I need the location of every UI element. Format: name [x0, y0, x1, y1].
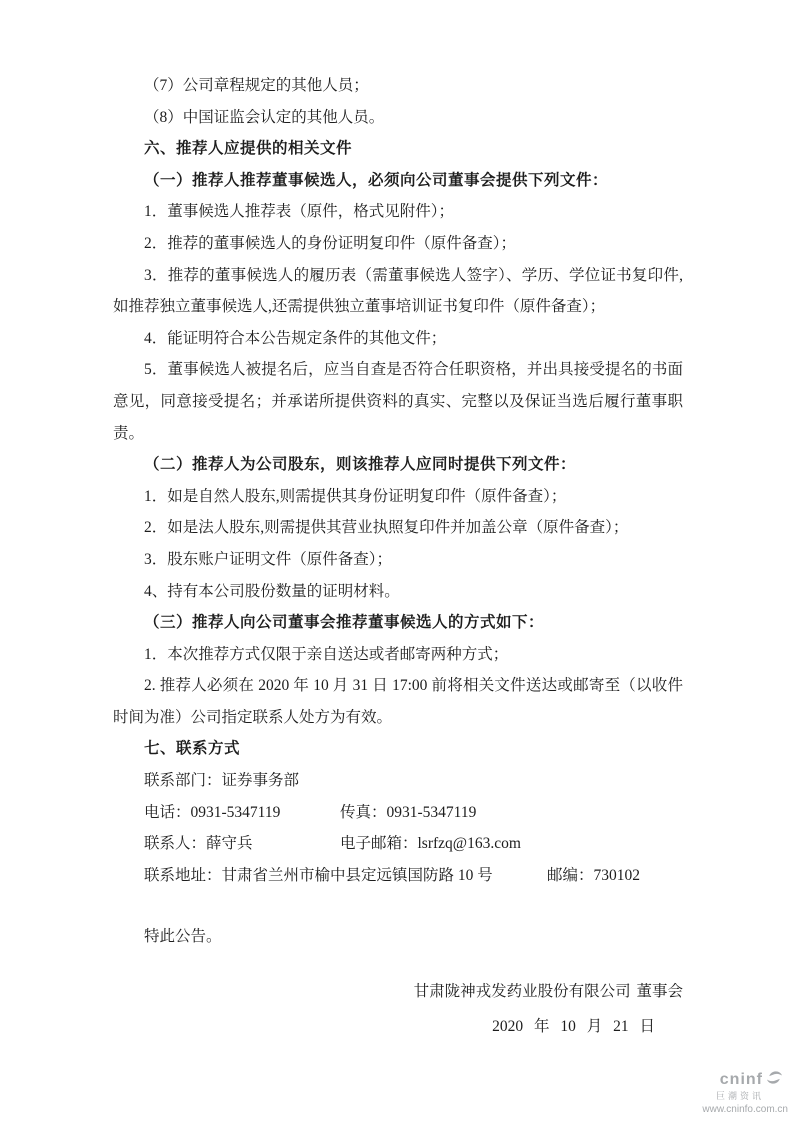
section-7-heading: 七、联系方式	[113, 733, 683, 765]
s2-item-1: 1．如是自然人股东,则需提供其身份证明复印件（原件备查）；	[113, 481, 683, 513]
contact-cell: 传真：0931-5347119	[340, 797, 476, 829]
s2-item-4: 4、持有本公司股份数量的证明材料。	[113, 576, 683, 608]
section-6-heading: 六、推荐人应提供的相关文件	[113, 133, 683, 165]
s3-item-2: 2. 推荐人必须在 2020 年 10 月 31 日 17:00 前将相关文件送…	[113, 670, 683, 733]
contact-cell: 联系人：薛守兵	[144, 828, 340, 860]
s1-item-2: 2．推荐的董事候选人的身份证明复印件（原件备查）；	[113, 228, 683, 260]
contact-cell: 联系地址：甘肃省兰州市榆中县定远镇国防路 10 号	[144, 860, 547, 892]
s1-item-5: 5．董事候选人被提名后，应当自查是否符合任职资格，并出具接受提名的书面意见，同意…	[113, 354, 683, 449]
contact-phone-fax-row: 电话：0931-5347119传真：0931-5347119	[113, 797, 683, 829]
contact-cell: 电话：0931-5347119	[144, 797, 340, 829]
cninfo-logo-top: cninf	[702, 1068, 790, 1092]
document-content: （7）公司章程规定的其他人员；（8）中国证监会认定的其他人员。六、推荐人应提供的…	[113, 70, 683, 1042]
subsection-2-heading: （二）推荐人为公司股东，则该推荐人应同时提供下列文件：	[113, 449, 683, 481]
contact-cell: 电子邮箱：lsrfzq@163.com	[340, 828, 521, 860]
signature-date: 2020 年 10 月 21 日	[113, 1011, 683, 1043]
closing-statement: 特此公告。	[113, 921, 683, 953]
s1-item-4: 4．能证明符合本公告规定条件的其他文件；	[113, 323, 683, 355]
contact-person-email-row: 联系人：薛守兵电子邮箱：lsrfzq@163.com	[113, 828, 683, 860]
s2-item-2: 2．如是法人股东,则需提供其营业执照复印件并加盖公章（原件备查）；	[113, 512, 683, 544]
document-page: （7）公司章程规定的其他人员；（8）中国证监会认定的其他人员。六、推荐人应提供的…	[0, 0, 793, 1122]
subsection-1-heading: （一）推荐人推荐董事候选人，必须向公司董事会提供下列文件：	[113, 165, 683, 197]
contact-address-row: 联系地址：甘肃省兰州市榆中县定远镇国防路 10 号邮编：730102	[113, 860, 683, 892]
cninfo-swirl-icon	[765, 1068, 784, 1092]
cninfo-logo: cninf 巨潮资讯 www.cninfo.com.cn	[702, 1068, 790, 1115]
cninfo-url: www.cninfo.com.cn	[702, 1104, 790, 1115]
s3-item-1: 1．本次推荐方式仅限于亲自送达或者邮寄两种方式；	[113, 639, 683, 671]
s2-item-3: 3．股东账户证明文件（原件备查）；	[113, 544, 683, 576]
contact-cell: 邮编：730102	[547, 860, 640, 892]
list-item-7: （7）公司章程规定的其他人员；	[113, 70, 683, 102]
signature-company: 甘肃陇神戎发药业股份有限公司 董事会	[113, 976, 683, 1008]
s1-item-3: 3．推荐的董事候选人的履历表（需董事候选人签字）、学历、学位证书复印件,如推荐独…	[113, 260, 683, 323]
contact-cell: 联系部门：证券事务部	[144, 765, 340, 797]
cninfo-wordmark: cninf	[720, 1071, 763, 1089]
contact-department-row: 联系部门：证券事务部	[113, 765, 683, 797]
s1-item-1: 1．董事候选人推荐表（原件，格式见附件）；	[113, 196, 683, 228]
cninfo-chinese-name: 巨潮资讯	[702, 1092, 790, 1102]
list-item-8: （8）中国证监会认定的其他人员。	[113, 102, 683, 134]
subsection-3-heading: （三）推荐人向公司董事会推荐董事候选人的方式如下：	[113, 607, 683, 639]
